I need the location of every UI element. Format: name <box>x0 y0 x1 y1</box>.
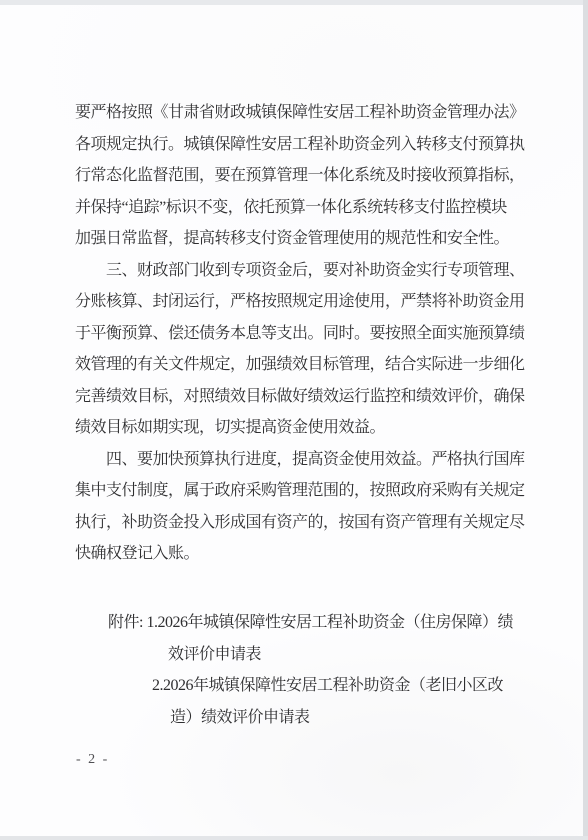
scan-edge-right <box>583 0 588 840</box>
scan-edge-top <box>0 0 588 5</box>
attachment-line: 效评价申请表 <box>168 639 545 671</box>
document-line: 并保持“追踪”标识不变，依托预算一体化系统转移支付监控模块 <box>75 192 545 224</box>
document-line: 效管理的有关文件规定，加强绩效目标管理，结合实际进一步细化 <box>75 349 545 381</box>
document-line: 分账核算、封闭运行，严格按照规定用途使用，严禁将补助资金用 <box>75 286 545 318</box>
document-line: 各项规定执行。城镇保障性安居工程补助资金列入转移支付预算执 <box>75 129 545 161</box>
attachment-list: 附件: 1.2026年城镇保障性安居工程补助资金（住房保障）绩 效评价申请表 2… <box>75 607 545 733</box>
scanned-document-page: 要严格按照《甘肃省财政城镇保障性安居工程补助资金管理办法》 各项规定执行。城镇保… <box>0 0 588 840</box>
document-line: 要严格按照《甘肃省财政城镇保障性安居工程补助资金管理办法》 <box>75 97 545 129</box>
document-body: 要严格按照《甘肃省财政城镇保障性安居工程补助资金管理办法》 各项规定执行。城镇保… <box>75 97 545 570</box>
document-line: 快确权登记入账。 <box>75 538 545 570</box>
document-line: 绩效目标如期实现，切实提高资金使用效益。 <box>75 412 545 444</box>
document-line: 加强日常监督，提高转移支付资金管理使用的规范性和安全性。 <box>75 223 545 255</box>
document-line: 集中支付制度，属于政府采购管理范围的，按照政府采购有关规定 <box>75 475 545 507</box>
document-line: 完善绩效目标，对照绩效目标做好绩效运行监控和绩效评价，确保 <box>75 381 545 413</box>
document-line: 行常态化监督范围，要在预算管理一体化系统及时接收预算指标， <box>75 160 545 192</box>
document-line: 于平衡预算、偿还债务本息等支出。同时。要按照全面实施预算绩 <box>75 318 545 350</box>
document-line: 执行，补助资金投入形成国有资产的，按国有资产管理有关规定尽 <box>75 507 545 539</box>
attachment-line: 造）绩效评价申请表 <box>170 702 545 734</box>
document-line-paragraph-start: 三、财政部门收到专项资金后，要对补助资金实行专项管理、 <box>106 255 545 287</box>
document-line-paragraph-start: 四、要加快预算执行进度，提高资金使用效益。严格执行国库 <box>106 444 545 476</box>
page-number: - 2 - <box>76 750 109 770</box>
attachment-line: 附件: 1.2026年城镇保障性安居工程补助资金（住房保障）绩 <box>108 607 545 639</box>
attachment-line: 2.2026年城镇保障性安居工程补助资金（老旧小区改 <box>152 670 545 702</box>
scan-edge-bottom <box>0 836 588 840</box>
